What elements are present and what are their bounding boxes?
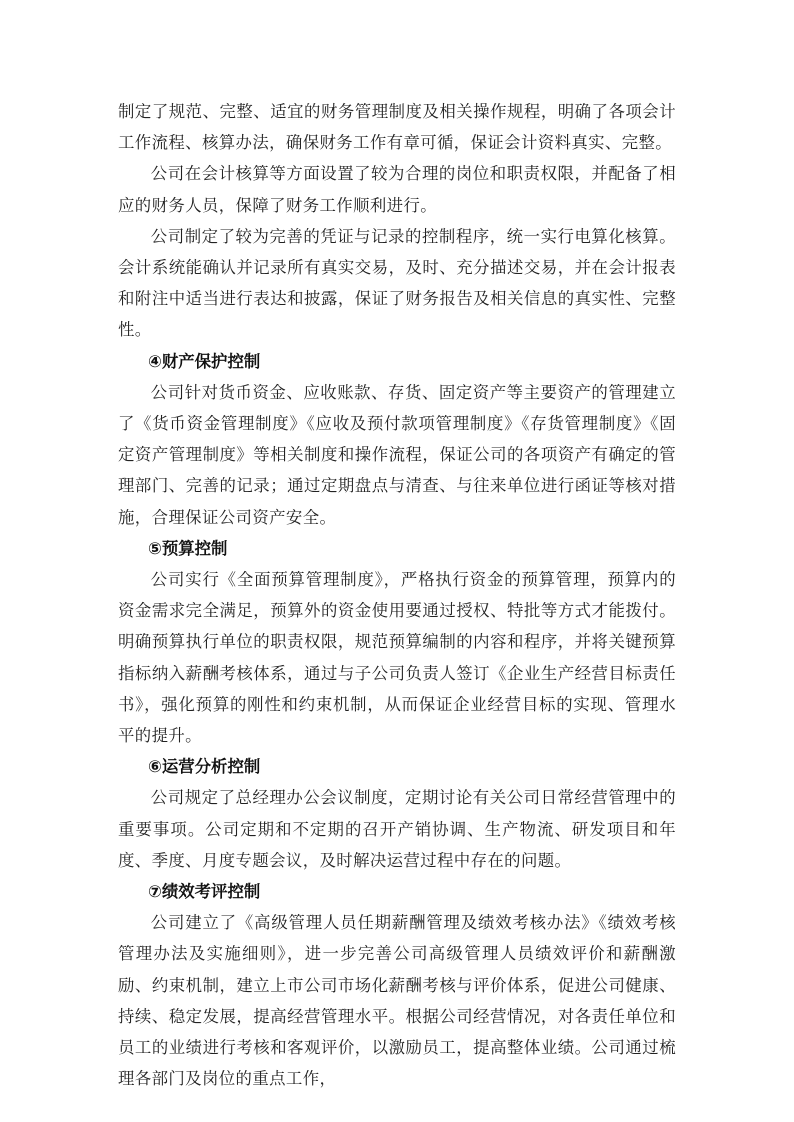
paragraph-property-protection: 公司针对货币资金、应收账款、存货、固定资产等主要资产的管理建立了《货币资金管理制… (118, 377, 676, 533)
paragraph-budget-control: 公司实行《全面预算管理制度》，严格执行资金的预算管理，预算内的资金需求完全满足，… (118, 564, 676, 751)
heading-performance-evaluation: ⑦绩效考评控制 (118, 876, 676, 907)
paragraph-operation-analysis: 公司规定了总经理办公会议制度，定期讨论有关公司日常经营管理中的重要事项。公司定期… (118, 782, 676, 876)
paragraph-performance-evaluation: 公司建立了《高级管理人员任期薪酬管理及绩效考核办法》《绩效考核管理办法及实施细则… (118, 907, 676, 1094)
heading-property-protection: ④财产保护控制 (118, 346, 676, 377)
heading-operation-analysis: ⑥运营分析控制 (118, 751, 676, 782)
document-page: 制定了规范、完整、适宜的财务管理制度及相关操作规程，明确了各项会计工作流程、核算… (118, 96, 676, 1095)
paragraph-voucher-control: 公司制定了较为完善的凭证与记录的控制程序，统一实行电算化核算。会计系统能确认并记… (118, 221, 676, 346)
paragraph-accounting-positions: 公司在会计核算等方面设置了较为合理的岗位和职责权限，并配备了相应的财务人员，保障… (118, 158, 676, 220)
paragraph-financial-system: 制定了规范、完整、适宜的财务管理制度及相关操作规程，明确了各项会计工作流程、核算… (118, 96, 676, 158)
heading-budget-control: ⑤预算控制 (118, 533, 676, 564)
